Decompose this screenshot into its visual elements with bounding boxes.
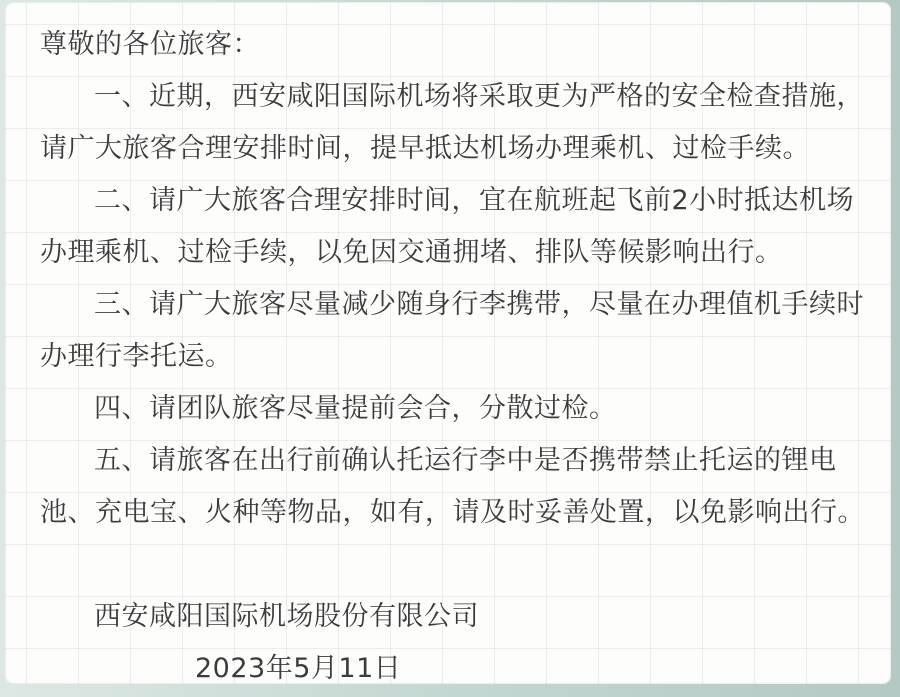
signature: 西安咸阳国际机场股份有限公司 bbox=[40, 591, 864, 643]
notice-body: 一、近期，西安咸阳国际机场将采取更为严格的安全检查措施，请广大旅客合理安排时间，… bbox=[40, 71, 864, 539]
notice-line: 四、请团队旅客尽量提前会合，分散过检。 bbox=[40, 383, 864, 435]
date-line: 2023年5月11日 bbox=[40, 643, 864, 695]
blank-line bbox=[40, 539, 864, 591]
notice-paper: 尊敬的各位旅客： 一、近期，西安咸阳国际机场将采取更为严格的安全检查措施，请广大… bbox=[5, 2, 891, 684]
notice-line: 请广大旅客合理安排时间，提早抵达机场办理乘机、过检手续。 bbox=[40, 123, 864, 175]
notice-line: 三、请广大旅客尽量减少随身行李携带，尽量在办理值机手续时 bbox=[40, 279, 864, 331]
notice-line: 五、请旅客在出行前确认托运行李中是否携带禁止托运的锂电 bbox=[40, 435, 864, 487]
notice-line: 办理乘机、过检手续，以免因交通拥堵、排队等候影响出行。 bbox=[40, 227, 864, 279]
salutation: 尊敬的各位旅客： bbox=[40, 19, 864, 71]
notice-line: 一、近期，西安咸阳国际机场将采取更为严格的安全检查措施， bbox=[40, 71, 864, 123]
notice-line: 二、请广大旅客合理安排时间，宜在航班起飞前2小时抵达机场 bbox=[40, 175, 864, 227]
notice-line: 办理行李托运。 bbox=[40, 331, 864, 383]
notice-line: 池、充电宝、火种等物品，如有，请及时妥善处置，以免影响出行。 bbox=[40, 487, 864, 539]
notice-content: 尊敬的各位旅客： 一、近期，西安咸阳国际机场将采取更为严格的安全检查措施，请广大… bbox=[40, 19, 864, 695]
